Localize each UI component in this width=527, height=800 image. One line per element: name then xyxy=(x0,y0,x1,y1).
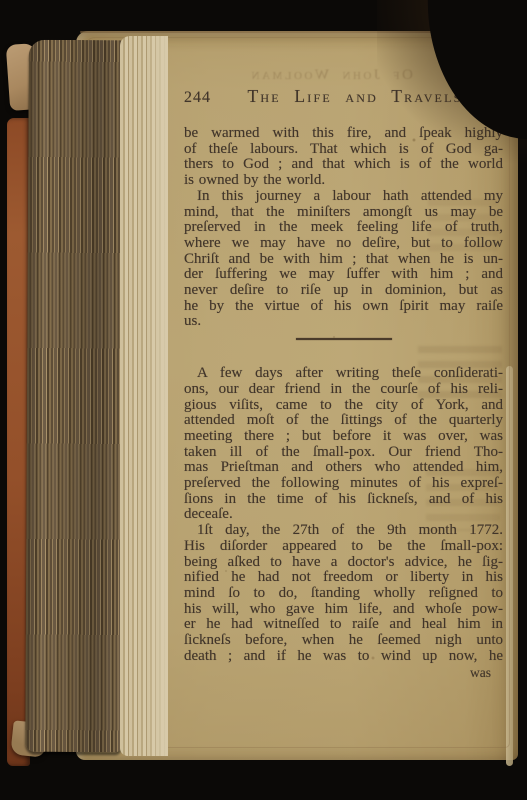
text-line: be warmed with this fire, and ſpeak high… xyxy=(184,126,503,142)
text-line: mind, that the miniſters amongſt us may … xyxy=(184,205,503,221)
text-line: he by the virtue of his own ſpirit may r… xyxy=(184,299,503,315)
text-line: preſerved in the meek feeling life of tr… xyxy=(184,220,503,236)
text-line: gious viſits, came to the city of York, … xyxy=(184,398,503,414)
fore-edge-page-stack xyxy=(25,40,125,752)
text-line: of theſe labours. That which is of God g… xyxy=(184,142,503,158)
text-line: deceaſe. xyxy=(184,507,503,523)
text-line: mas Prieſtman and others who attended hi… xyxy=(184,460,503,476)
text-line: A few days after writing theſe conſidera… xyxy=(184,366,503,382)
text-line: der ſuffering we may ſuffer with him ; a… xyxy=(184,267,503,283)
paragraph: A few days after writing theſe conſidera… xyxy=(184,366,503,523)
text-line: ons, our dear friend in the courſe of hi… xyxy=(184,382,503,398)
page-text-block: 244 The Life and Travels be warmed with … xyxy=(184,89,503,681)
text-line: being aſked to have a doctor's advice, h… xyxy=(184,555,503,571)
catchword-text: was xyxy=(470,665,491,680)
next-leaf-edge xyxy=(506,366,513,766)
paragraph: In this journey a labour hath attended m… xyxy=(184,189,503,330)
text-line: preſerved the following minutes of his e… xyxy=(184,476,503,492)
text-line: attended moſt of the ſittings of the qua… xyxy=(184,413,503,429)
paragraph: be warmed with this fire, and ſpeak high… xyxy=(184,126,503,189)
under-leaf-edges xyxy=(120,36,168,756)
text-line: thers to God ; and that which is of the … xyxy=(184,157,503,173)
catchword: was xyxy=(184,665,503,681)
text-line: mind ſo to do, ſtanding wholly reſigned … xyxy=(184,586,503,602)
book-photo: Of John Woolman 244 The Life and Travels… xyxy=(0,0,527,800)
page-number: 244 xyxy=(184,90,211,106)
text-line: death ; and if he was to wind up now, he xyxy=(184,649,503,665)
text-line: taken ill of the ſmall-pox. Our friend T… xyxy=(184,445,503,461)
text-line: us. xyxy=(184,314,503,330)
paragraph: 1ſt day, the 27th of the 9th month 1772.… xyxy=(184,523,503,664)
text-line: meeting there ; but before it was over, … xyxy=(184,429,503,445)
verso-showthrough-title: Of John Woolman xyxy=(196,67,466,84)
text-line: ſions in the time of his ſickneſs, and o… xyxy=(184,492,503,508)
text-line: where we may have no deſire, but to foll… xyxy=(184,236,503,252)
text-line: nified he had not freedom or liberty in … xyxy=(184,570,503,586)
text-line: 1ſt day, the 27th of the 9th month 1772. xyxy=(184,523,503,539)
text-line: never deſire to riſe up in dominion, but… xyxy=(184,283,503,299)
text-line: ſickneſs before, when he ſeemed nigh unt… xyxy=(184,633,503,649)
text-line: His diſorder appeared to be the ſmall-po… xyxy=(184,539,503,555)
text-line: er he had witneſſed to raiſe and heal hi… xyxy=(184,617,503,633)
text-line: is owned by the world. xyxy=(184,173,503,189)
text-line: his will, who gave him life, and whoſe p… xyxy=(184,602,503,618)
text-line: In this journey a labour hath attended m… xyxy=(184,189,503,205)
section-divider xyxy=(296,338,392,340)
text-line: Chriſt and be with him ; that when he is… xyxy=(184,252,503,268)
